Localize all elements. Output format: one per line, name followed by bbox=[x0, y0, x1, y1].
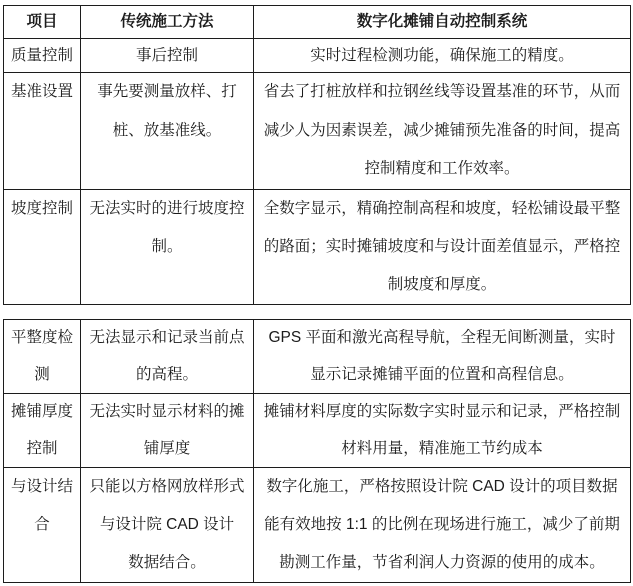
item-cell: 质量控制 bbox=[4, 39, 81, 73]
table-row: 摊铺厚度 控制 无法实时显示材料的摊 铺厚度 摊铺材料厚度的实际数字实时显示和记… bbox=[4, 394, 631, 468]
header-item: 项目 bbox=[4, 6, 81, 39]
item-cell: 与设计结 合 bbox=[4, 468, 81, 583]
table-row: 平整度检 测 无法显示和记录当前点 的高程。 GPS 平面和激光高程导航，全程无… bbox=[4, 320, 631, 394]
header-traditional-method: 传统施工方法 bbox=[81, 6, 254, 39]
traditional-cell: 事后控制 bbox=[81, 39, 254, 73]
digital-cell: GPS 平面和激光高程导航，全程无间断测量，实时 显示记录摊铺平面的位置和高程信… bbox=[254, 320, 631, 394]
traditional-cell: 无法显示和记录当前点 的高程。 bbox=[81, 320, 254, 394]
digital-cell: 省去了打桩放样和拉钢丝线等设置基准的环节，从而 减少人为因素误差，减少摊铺预先准… bbox=[254, 73, 631, 190]
traditional-cell: 事先要测量放样、打 桩、放基准线。 bbox=[81, 73, 254, 190]
item-cell: 坡度控制 bbox=[4, 189, 81, 305]
digital-cell: 实时过程检测功能，确保施工的精度。 bbox=[254, 39, 631, 73]
item-cell: 平整度检 测 bbox=[4, 320, 81, 394]
item-cell: 摊铺厚度 控制 bbox=[4, 394, 81, 468]
table-row: 质量控制 事后控制 实时过程检测功能，确保施工的精度。 bbox=[4, 39, 631, 73]
header-digital-system: 数字化摊铺自动控制系统 bbox=[254, 6, 631, 39]
digital-cell: 全数字显示，精确控制高程和坡度，轻松铺设最平整 的路面；实时摊铺坡度和与设计面差… bbox=[254, 189, 631, 305]
digital-cell: 数字化施工，严格按照设计院 CAD 设计的项目数据 能有效地按 1:1 的比例在… bbox=[254, 468, 631, 583]
table-header-row: 项目 传统施工方法 数字化摊铺自动控制系统 bbox=[4, 6, 631, 39]
traditional-cell: 无法实时显示材料的摊 铺厚度 bbox=[81, 394, 254, 468]
table-row: 坡度控制 无法实时的进行坡度控 制。 全数字显示，精确控制高程和坡度，轻松铺设最… bbox=[4, 189, 631, 305]
table-row: 基准设置 事先要测量放样、打 桩、放基准线。 省去了打桩放样和拉钢丝线等设置基准… bbox=[4, 73, 631, 190]
table-row: 与设计结 合 只能以方格网放样形式 与设计院 CAD 设计 数据结合。 数字化施… bbox=[4, 468, 631, 583]
item-cell: 基准设置 bbox=[4, 73, 81, 190]
digital-cell: 摊铺材料厚度的实际数字实时显示和记录，严格控制 材料用量，精准施工节约成本 bbox=[254, 394, 631, 468]
traditional-cell: 只能以方格网放样形式 与设计院 CAD 设计 数据结合。 bbox=[81, 468, 254, 583]
document-page: 项目 传统施工方法 数字化摊铺自动控制系统 质量控制 事后控制 实时过程检测功能… bbox=[0, 0, 633, 586]
comparison-table-bottom: 平整度检 测 无法显示和记录当前点 的高程。 GPS 平面和激光高程导航，全程无… bbox=[3, 319, 631, 583]
comparison-table-top: 项目 传统施工方法 数字化摊铺自动控制系统 质量控制 事后控制 实时过程检测功能… bbox=[3, 5, 631, 305]
table-separator-gap bbox=[3, 305, 630, 319]
traditional-cell: 无法实时的进行坡度控 制。 bbox=[81, 189, 254, 305]
